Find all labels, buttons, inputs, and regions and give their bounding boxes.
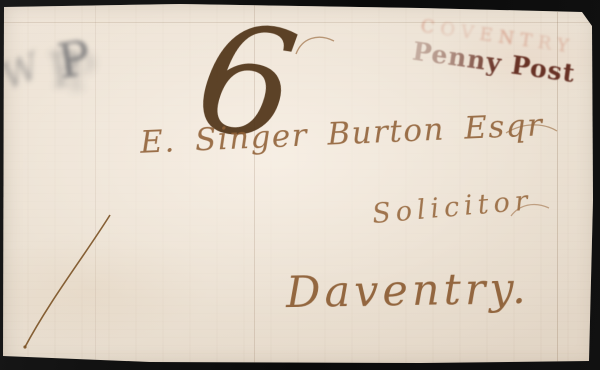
- letter-sheet: W P COVENTRY Penny Post 6 E. Singer Burt…: [0, 0, 600, 370]
- address-town-line: Daventry.: [286, 264, 530, 318]
- ink-flourish-esq-tail: [506, 125, 557, 133]
- pen-stroke-blot: [23, 345, 26, 348]
- manuscript-rate-mark: 6: [188, 1, 306, 164]
- coventry-penny-post-handstamp: COVENTRY Penny Post: [390, 12, 600, 91]
- diagonal-pen-stroke: [25, 215, 110, 347]
- photo-backdrop: W P COVENTRY Penny Post 6 E. Singer Burt…: [0, 0, 600, 370]
- ink-flourish-top: [296, 37, 334, 54]
- address-occupation-line: Solicitor: [371, 185, 534, 230]
- faint-handstamp-left-mark: W: [0, 45, 42, 100]
- address-name-line: E. Singer Burton Esqr: [139, 107, 544, 161]
- horizontal-fold-crease: [4, 22, 590, 23]
- vertical-fold-crease: [254, 4, 255, 364]
- ink-flourish-right: [511, 205, 549, 216]
- vertical-fold-crease: [95, 6, 96, 360]
- faint-handstamp-right-mark: P: [54, 30, 95, 90]
